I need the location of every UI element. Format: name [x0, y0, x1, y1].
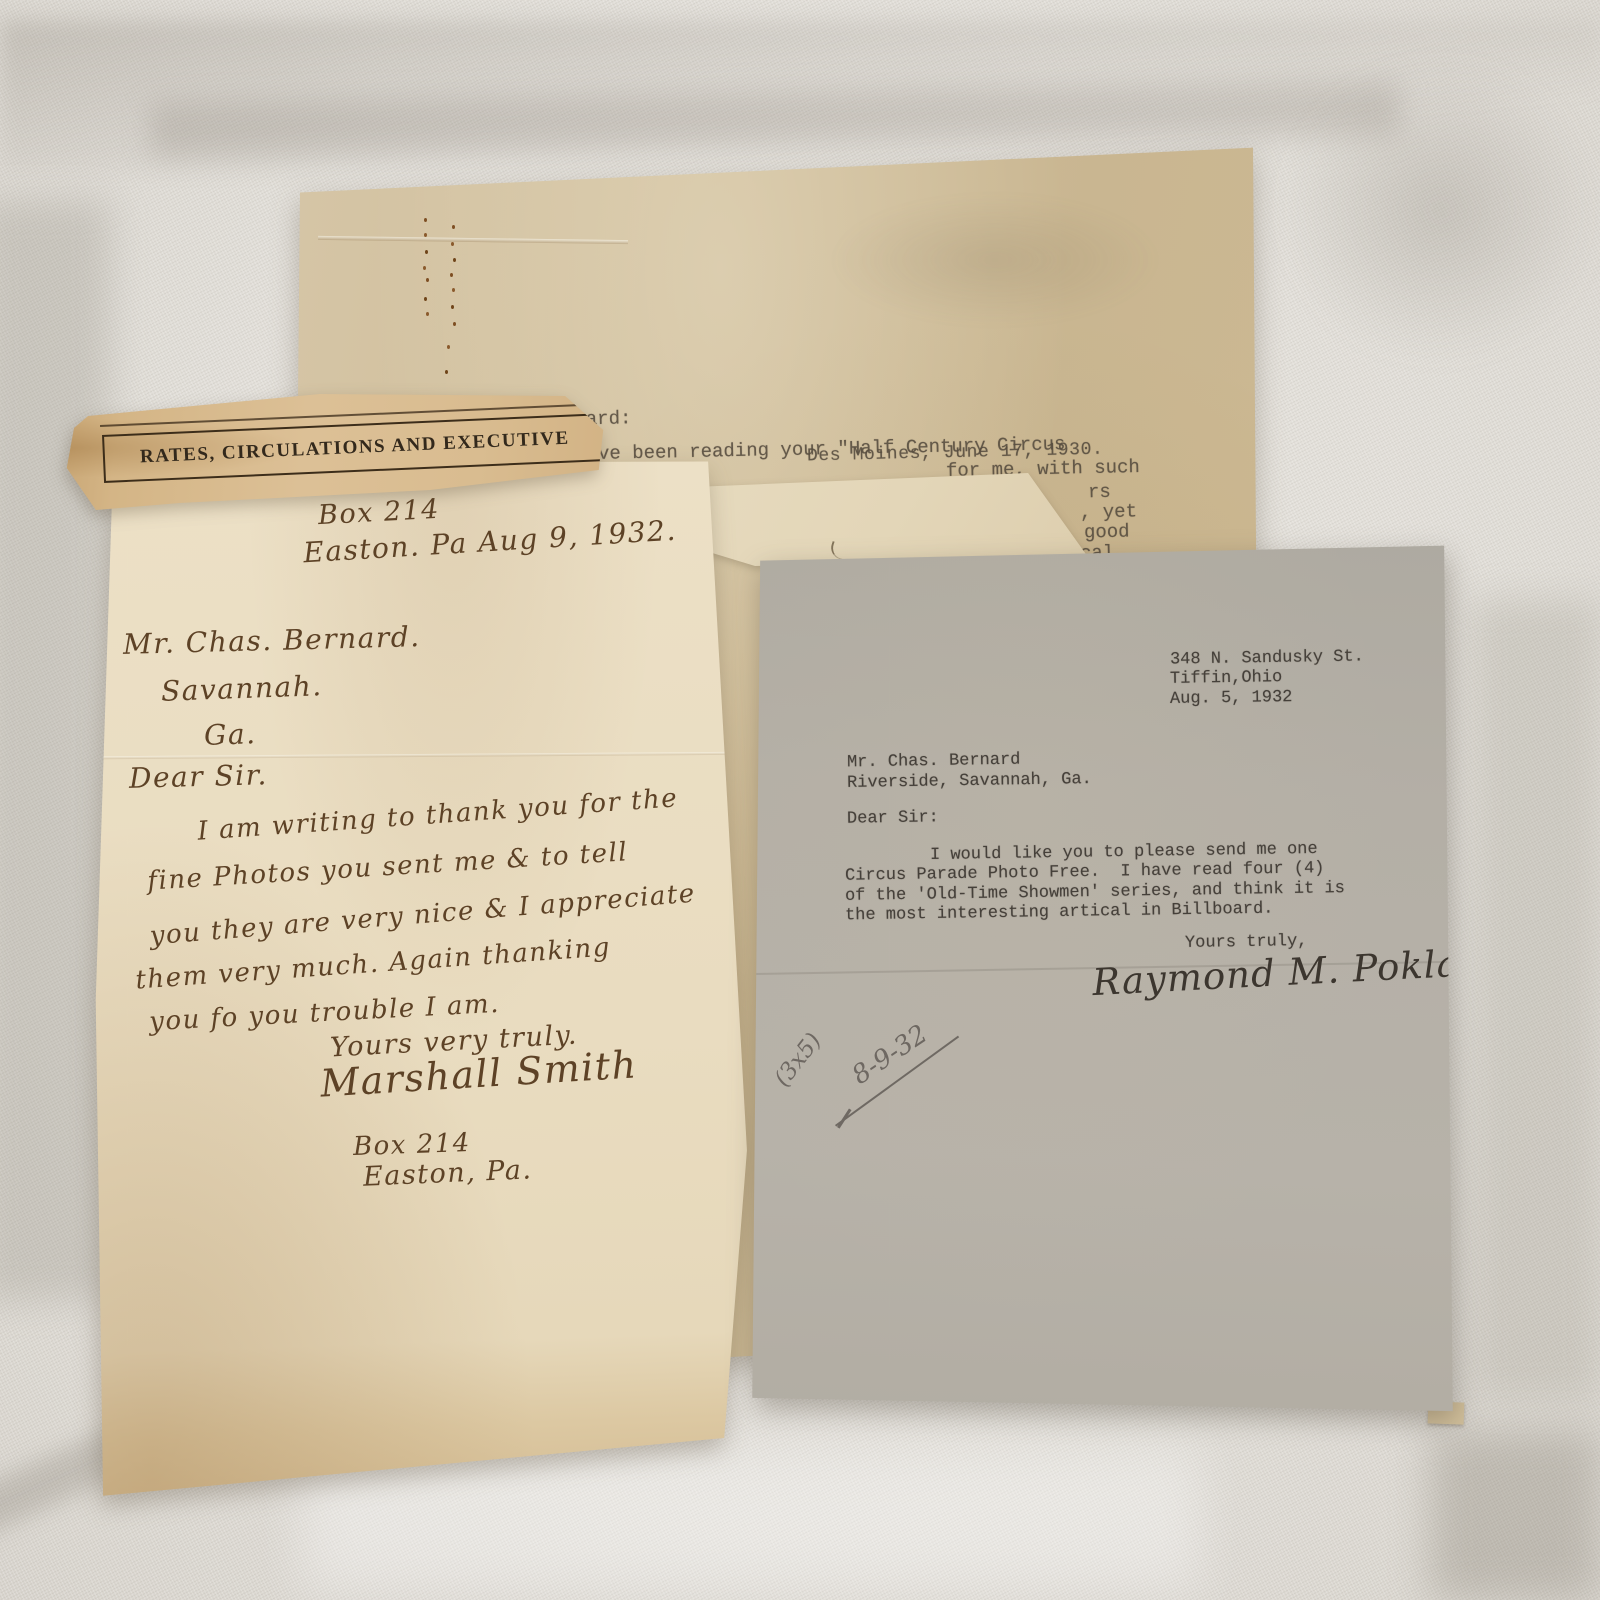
clipping-headline: RATES, CIRCULATIONS AND EXECUTIVE	[140, 428, 570, 469]
typed-sender-address: Aug. 5, 1932	[1170, 688, 1293, 709]
handwriting-salutation: Dear Sir.	[129, 758, 269, 795]
letter-handwritten: Box 214 Easton. Pa Aug 9, 1932. Mr. Chas…	[85, 452, 755, 1502]
ink-showthrough	[830, 195, 1160, 325]
pencil-tick	[837, 1109, 851, 1129]
handwriting-recipient: Savannah.	[160, 669, 323, 708]
fabric-wrinkle	[1470, 600, 1600, 1400]
rust-spots	[424, 218, 427, 222]
newspaper-clipping-paper: RATES, CIRCULATIONS AND EXECUTIVE I	[55, 378, 615, 518]
letter-handwritten-paper: Box 214 Easton. Pa Aug 9, 1932. Mr. Chas…	[85, 452, 755, 1502]
photo: Des Moines, June 17, 1930. rnard: ve bee…	[0, 0, 1600, 1600]
handwriting-recipient: Mr. Chas. Bernard.	[123, 620, 421, 661]
paper-crease	[318, 236, 628, 244]
handwriting-body-line: I am writing to thank you for the	[197, 783, 680, 847]
typed-sender-address: 348 N. Sandusky St.	[1170, 647, 1364, 669]
newspaper-clipping: RATES, CIRCULATIONS AND EXECUTIVE I	[55, 378, 615, 518]
handwriting-address-line: Easton, Pa.	[362, 1154, 533, 1192]
typed-sender-address: Tiffin,Ohio	[1170, 668, 1283, 689]
handwriting-body-line: fine Photos you sent me & to tell	[147, 837, 629, 896]
handwriting-recipient: Ga.	[203, 717, 257, 752]
letter-typed-paper: 348 N. Sandusky St. Tiffin,Ohio Aug. 5, …	[740, 535, 1460, 1420]
paper-crease	[97, 752, 737, 759]
pencil-size-note: (3x5)	[769, 1028, 827, 1091]
typed-recipient: Mr. Chas. Bernard	[847, 751, 1021, 773]
fabric-wrinkle	[1280, 60, 1600, 360]
letter-typed: 348 N. Sandusky St. Tiffin,Ohio Aug. 5, …	[740, 535, 1460, 1420]
pencil-date-note: 8-9-32	[847, 1019, 933, 1091]
typed-salutation: Dear Sir:	[847, 808, 939, 828]
fabric-corner-shadow	[1430, 1430, 1600, 1600]
typed-recipient: Riverside, Savannah, Ga.	[847, 770, 1092, 793]
clipping-headline-cutoff: I	[607, 442, 616, 465]
